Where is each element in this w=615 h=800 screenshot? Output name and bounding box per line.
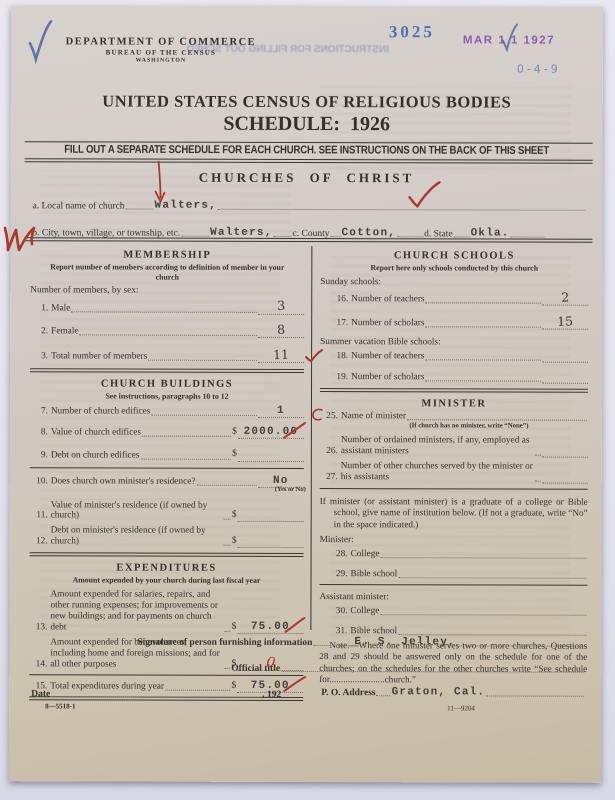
dotted-leader: [380, 557, 586, 559]
q18-number: 18.: [330, 351, 351, 362]
q16-label: Number of teachers: [351, 294, 424, 305]
red-slash-mark-icon: [279, 616, 307, 634]
dotted-leader: [148, 360, 257, 361]
q7-value: 1: [277, 405, 285, 417]
q17-answer-line: 15: [542, 316, 588, 330]
dotted-leader: [457, 645, 583, 646]
dotted-leader: [313, 645, 353, 646]
q26-number: 26.: [320, 446, 341, 457]
dotted-leader: [426, 327, 542, 328]
church-buildings-subheading: See instructions, paragraphs 10 to 12: [40, 392, 294, 402]
dotted-leader: [71, 311, 257, 312]
po-address-value: Graton, Cal.: [392, 686, 486, 698]
dotted-leader: [398, 577, 586, 578]
form-number: 8—5518-1: [45, 702, 75, 710]
q27-label: Number of other churches served by the m…: [341, 461, 534, 483]
form-body-columns: MEMBERSHIP Report number of members acco…: [29, 245, 588, 630]
dotted-leader: [225, 668, 231, 669]
expenditures-subheading: Amount expended by your church during la…: [39, 576, 293, 586]
dotted-leader: [181, 236, 209, 237]
dotted-leader: [140, 458, 231, 459]
membership-intro: Number of members, by sex:: [30, 286, 304, 297]
dotted-leader: [486, 695, 584, 696]
official-title-label: Official title: [231, 664, 280, 674]
q17-value: 15: [557, 315, 573, 328]
q3-value: 11: [273, 349, 289, 362]
q10-label: Does church own minister's residence?: [51, 476, 196, 487]
q17-label: Number of scholars: [351, 318, 424, 329]
minister-heading: MINISTER: [320, 398, 588, 410]
pencil-code: 0-4-9: [517, 63, 561, 76]
double-rule: [24, 237, 592, 242]
q12-row: 12. Debt on minister's residence (if own…: [30, 526, 304, 549]
dotted-leader: [511, 237, 545, 238]
double-rule: [30, 553, 304, 558]
q19-number: 19.: [330, 372, 351, 383]
left-column: MEMBERSHIP Report number of members acco…: [29, 245, 311, 630]
q25-note: (If church has no minister, write “None”…: [350, 422, 588, 430]
q25-label: Name of minister: [341, 411, 406, 422]
dotted-leader: [51, 696, 261, 698]
q9-label: Debt on church edifices: [51, 450, 140, 461]
dotted-leader: [426, 302, 542, 303]
signature-label: Signature of person furnishing informati…: [137, 638, 312, 648]
red-slash-mark-icon: [280, 421, 308, 439]
q3-number: 3.: [30, 352, 51, 363]
dotted-leader: [535, 455, 541, 456]
q26-answer-line: [542, 457, 588, 458]
q16-number: 16.: [330, 294, 351, 305]
q1-male-row: 1. Male 3: [30, 300, 304, 315]
denomination-heading: CHURCHES OF CHRIST: [11, 169, 603, 187]
q8-label: Value of church edifices: [51, 428, 141, 439]
q27-answer-line: [542, 483, 588, 484]
dotted-leader: [223, 545, 230, 546]
q1-answer-line: 3: [258, 300, 304, 314]
dotted-leader: [225, 631, 231, 632]
dotted-leader: [380, 614, 586, 616]
q12-number: 12.: [30, 537, 51, 548]
rule: [320, 488, 588, 490]
summer-bible-schools-label: Summer vacation Bible schools:: [320, 337, 588, 348]
q7-label: Number of church edifices: [51, 406, 150, 417]
date-label: Date: [31, 689, 50, 699]
q2-value: 8: [277, 324, 285, 337]
q12-answer-line: [238, 547, 304, 548]
q26-row: 26. Number of ordained ministers, if any…: [320, 435, 588, 458]
q27-number: 27.: [320, 472, 341, 483]
q10-note: (Yes or No): [275, 487, 306, 494]
q1-label: Male: [51, 303, 70, 314]
q19-label: Number of scholars: [351, 372, 424, 383]
expenditures-heading: EXPENDITURES: [30, 563, 304, 575]
church-schools-subheading: Report here only schools conducted by th…: [330, 263, 578, 273]
sunday-schools-label: Sunday schools:: [320, 277, 588, 288]
q29-number: 29.: [330, 569, 351, 580]
date-year-suffix: , 192: [262, 690, 281, 700]
dotted-leader: [80, 334, 258, 335]
assistant-group-label: Assistant minister:: [319, 592, 587, 603]
dotted-leader: [377, 695, 391, 696]
q8-number: 8.: [30, 428, 51, 439]
q11-answer-line: [238, 521, 304, 522]
q2-label: Female: [51, 326, 78, 337]
q1-value: 3: [277, 300, 285, 313]
q14-number: 14.: [29, 659, 50, 670]
census-schedule-form: INSTRUCTIONS FOR FILLING OUT SCHED DEPAR…: [9, 5, 603, 783]
signature-value: E. S. Jelley,: [354, 636, 455, 648]
right-column: CHURCH SCHOOLS Report here only schools …: [311, 246, 588, 631]
department-name: DEPARTMENT OF COMMERCE: [53, 35, 269, 49]
q10-value: No: [273, 474, 289, 486]
dotted-leader: [281, 671, 584, 673]
q29-label: Bible school: [351, 569, 398, 580]
form-subtitle: SCHEDULE: 1926: [11, 112, 603, 137]
q7-row: 7. Number of church edifices 1: [30, 405, 304, 418]
q25-number: 25.: [320, 411, 341, 422]
official-title-row: Official title: [231, 664, 585, 675]
q16-value: 2: [561, 291, 569, 304]
red-circle-mark-icon: [311, 407, 325, 422]
dotted-leader: [454, 236, 470, 237]
dotted-leader: [224, 519, 231, 520]
dotted-leader: [425, 360, 541, 361]
q29-row: 29. Bible school: [330, 569, 588, 581]
print-code: 11—9204: [447, 704, 475, 712]
q27-row: 27. Number of other churches served by t…: [320, 461, 588, 484]
blue-check-date-icon: [499, 23, 519, 53]
field-local-name-row: a. Local name of church Walters,: [32, 199, 586, 212]
dotted-leader: [196, 484, 256, 485]
q10-row: 10. Does church own minister's residence…: [30, 475, 304, 488]
agency-block: DEPARTMENT OF COMMERCE BUREAU OF THE CEN…: [53, 35, 269, 65]
q3-total-row: 3. Total number of members 11: [30, 348, 304, 363]
church-schools-heading: CHURCH SCHOOLS: [320, 250, 588, 262]
q28-row: 28. College: [330, 549, 588, 561]
q9-row: 9. Debt on church edifices $: [30, 449, 304, 462]
q18-answer-line: [542, 362, 588, 363]
dotted-leader: [151, 415, 257, 416]
serial-number-stamp: 3025: [389, 22, 435, 42]
q13-answer-line: 75.00: [237, 622, 303, 634]
q11-number: 11.: [30, 511, 51, 522]
dotted-leader: [274, 236, 292, 237]
q9-number: 9.: [30, 450, 51, 461]
dotted-leader: [126, 209, 154, 210]
red-check-mark-icon: [305, 348, 325, 364]
q19-row: 19. Number of scholars: [330, 372, 588, 384]
red-w-mark-icon: [1, 220, 37, 260]
q25-row: 25. Name of minister: [320, 411, 588, 423]
q18-label: Number of teachers: [351, 351, 424, 362]
signature-row: Signature of person furnishing informati…: [137, 636, 583, 649]
q8-row: 8. Value of church edifices $ 2000.00: [30, 426, 304, 439]
q11-row: 11. Value of minister's residence (if ow…: [30, 500, 304, 523]
agency-city: WASHINGTON: [53, 57, 269, 65]
field-a-label: a. Local name of church: [32, 201, 124, 211]
q11-label: Value of minister's residence (if owned …: [51, 500, 223, 522]
rule: [30, 467, 304, 469]
q30-number: 30.: [329, 606, 350, 617]
dotted-leader: [330, 236, 340, 237]
dotted-leader: [142, 436, 231, 437]
q30-label: College: [350, 606, 379, 617]
q2-answer-line: 8: [258, 324, 304, 338]
q30-row: 30. College: [329, 606, 587, 618]
dotted-leader: [397, 236, 423, 237]
q7-number: 7.: [30, 406, 51, 417]
q16-answer-line: 2: [542, 291, 588, 305]
red-check-county-icon: [406, 180, 442, 208]
dotted-leader: [398, 634, 586, 635]
q1-number: 1.: [30, 303, 51, 314]
q13-row: 13. Amount expended for salaries, repair…: [29, 589, 303, 634]
rule: [320, 584, 588, 586]
instruction-banner: FILL OUT A SEPARATE SCHEDULE FOR EACH CH…: [22, 144, 590, 158]
q9-answer-line: [238, 460, 304, 461]
q3-label: Total number of members: [51, 352, 147, 363]
q12-label: Debt on minister's residence (if owned b…: [51, 526, 223, 548]
q7-answer-line: 1: [258, 406, 304, 418]
q2-number: 2.: [30, 326, 51, 337]
q18-row: 18. Number of teachers: [330, 351, 588, 363]
rule: [29, 674, 303, 676]
q13-number: 13.: [29, 622, 50, 633]
q13-label: Amount expended for salaries, repairs, a…: [50, 589, 223, 633]
blue-check-mark-icon: [27, 19, 53, 65]
q28-number: 28.: [330, 549, 351, 560]
dotted-leader: [425, 381, 541, 382]
membership-heading: MEMBERSHIP: [30, 249, 304, 261]
q10-answer-line: No (Yes or No): [258, 475, 304, 487]
membership-subheading: Report number of members according to de…: [40, 262, 294, 282]
form-title: UNITED STATES CENSUS OF RELIGIOUS BODIES: [11, 91, 603, 113]
red-arrow-mark-icon: [150, 160, 168, 204]
q10-number: 10.: [30, 476, 51, 487]
double-rule: [25, 158, 593, 163]
q8-answer-line: 2000.00: [238, 427, 304, 439]
church-buildings-heading: CHURCH BUILDINGS: [30, 379, 304, 391]
q3-answer-line: 11: [258, 349, 304, 363]
dotted-leader: [218, 209, 586, 211]
po-address-row: P. O. Address Graton, Cal.: [321, 686, 585, 699]
date-row: Date , 192: [31, 689, 281, 700]
double-rule: [320, 388, 588, 393]
minister-group-label: Minister:: [320, 535, 588, 546]
double-rule: [30, 369, 304, 374]
q17-row: 17. Number of scholars 15: [330, 315, 588, 330]
graduate-instruction: If minister (or assistant minister) is a…: [320, 496, 588, 530]
q26-label: Number of ordained ministers, if any, em…: [341, 435, 534, 457]
q17-number: 17.: [330, 318, 351, 329]
q19-answer-line: [542, 383, 588, 384]
po-address-label: P. O. Address: [321, 688, 375, 698]
dotted-leader: [407, 419, 587, 420]
dotted-leader: [534, 481, 540, 482]
red-slash-mark-icon: [279, 675, 307, 693]
q16-row: 16. Number of teachers 2: [330, 291, 588, 306]
q2-female-row: 2. Female 8: [30, 323, 304, 338]
q28-label: College: [351, 549, 380, 560]
